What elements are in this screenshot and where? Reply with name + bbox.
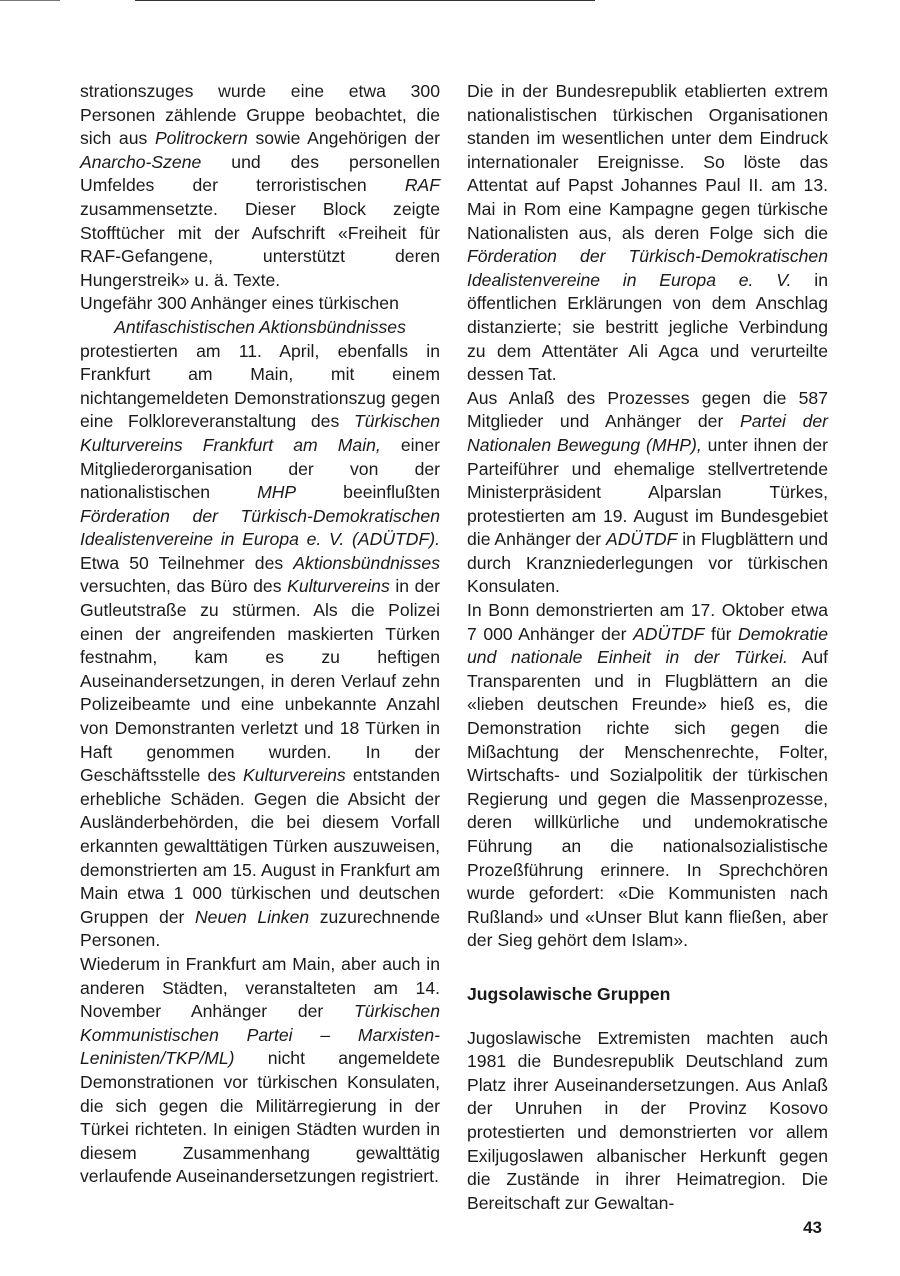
text: in der Gutleutstraße zu stürmen. Als die…	[80, 576, 440, 785]
text: Auf Transparenten und in Flugblättern an…	[467, 647, 828, 950]
paragraph: protestierten am 11. April, ebenfalls in…	[80, 340, 440, 953]
emphasis: Anarcho-Szene	[80, 152, 201, 172]
text: zusammensetzte. Dieser Block zeigte Stof…	[80, 199, 440, 290]
text: entstanden erhebliche Schäden. Gegen die…	[80, 765, 440, 927]
emphasis: Förderation der Türkisch-Demokratischen …	[467, 246, 828, 290]
centered-emphasis-line: Antifaschistischen Aktionsbündnisses	[80, 316, 440, 340]
paragraph: Die in der Bundesrepublik etablierten ex…	[467, 80, 828, 387]
paragraph: In Bonn demonstrierten am 17. Oktober et…	[467, 599, 828, 953]
emphasis: Aktionsbündnisses	[293, 553, 440, 573]
emphasis: Förderation der Türkisch-Demokratischen …	[80, 506, 440, 550]
text: Ungefähr 300 Anhänger eines türkischen	[80, 293, 399, 313]
text: sowie Angehörigen der	[248, 128, 440, 148]
emphasis: MHP	[257, 482, 296, 502]
text: beeinflußten	[296, 482, 440, 502]
emphasis: RAF	[405, 175, 440, 195]
emphasis: Neuen Linken	[195, 907, 309, 927]
text: nicht angemeldete Demonstrationen vor tü…	[80, 1048, 440, 1186]
emphasis: ADÜTDF	[606, 529, 677, 549]
paragraph: Jugoslawische Extremisten machten auch 1…	[467, 1027, 828, 1216]
page-number: 43	[803, 1218, 822, 1238]
paragraph: Wiederum in Frankfurt am Main, aber auch…	[80, 953, 440, 1189]
emphasis: Kulturvereins	[243, 765, 346, 785]
paragraph: Ungefähr 300 Anhänger eines türkischen	[80, 292, 440, 316]
emphasis: ADÜTDF	[633, 624, 704, 644]
emphasis: Antifaschistischen Aktionsbündnisses	[114, 317, 406, 337]
scan-edge-line	[135, 0, 595, 1]
paragraph: Aus Anlaß des Prozesses gegen die 587 Mi…	[467, 387, 828, 599]
text: Die in der Bundesrepublik etablierten ex…	[467, 81, 828, 243]
section-heading: Jugsolawische Gruppen	[467, 983, 828, 1007]
text: Etwa 50 Teilnehmer des	[80, 553, 293, 573]
scan-edge-line	[0, 0, 60, 1]
right-column: Die in der Bundesrepublik etablierten ex…	[467, 80, 828, 1215]
emphasis: Politrockern	[155, 128, 248, 148]
paragraph: strationszuges wurde eine etwa 300 Perso…	[80, 80, 440, 292]
left-column: strationszuges wurde eine etwa 300 Perso…	[80, 80, 440, 1189]
text: für	[704, 624, 738, 644]
text: versuchten, das Büro des	[80, 576, 287, 596]
emphasis: Kulturvereins	[287, 576, 390, 596]
